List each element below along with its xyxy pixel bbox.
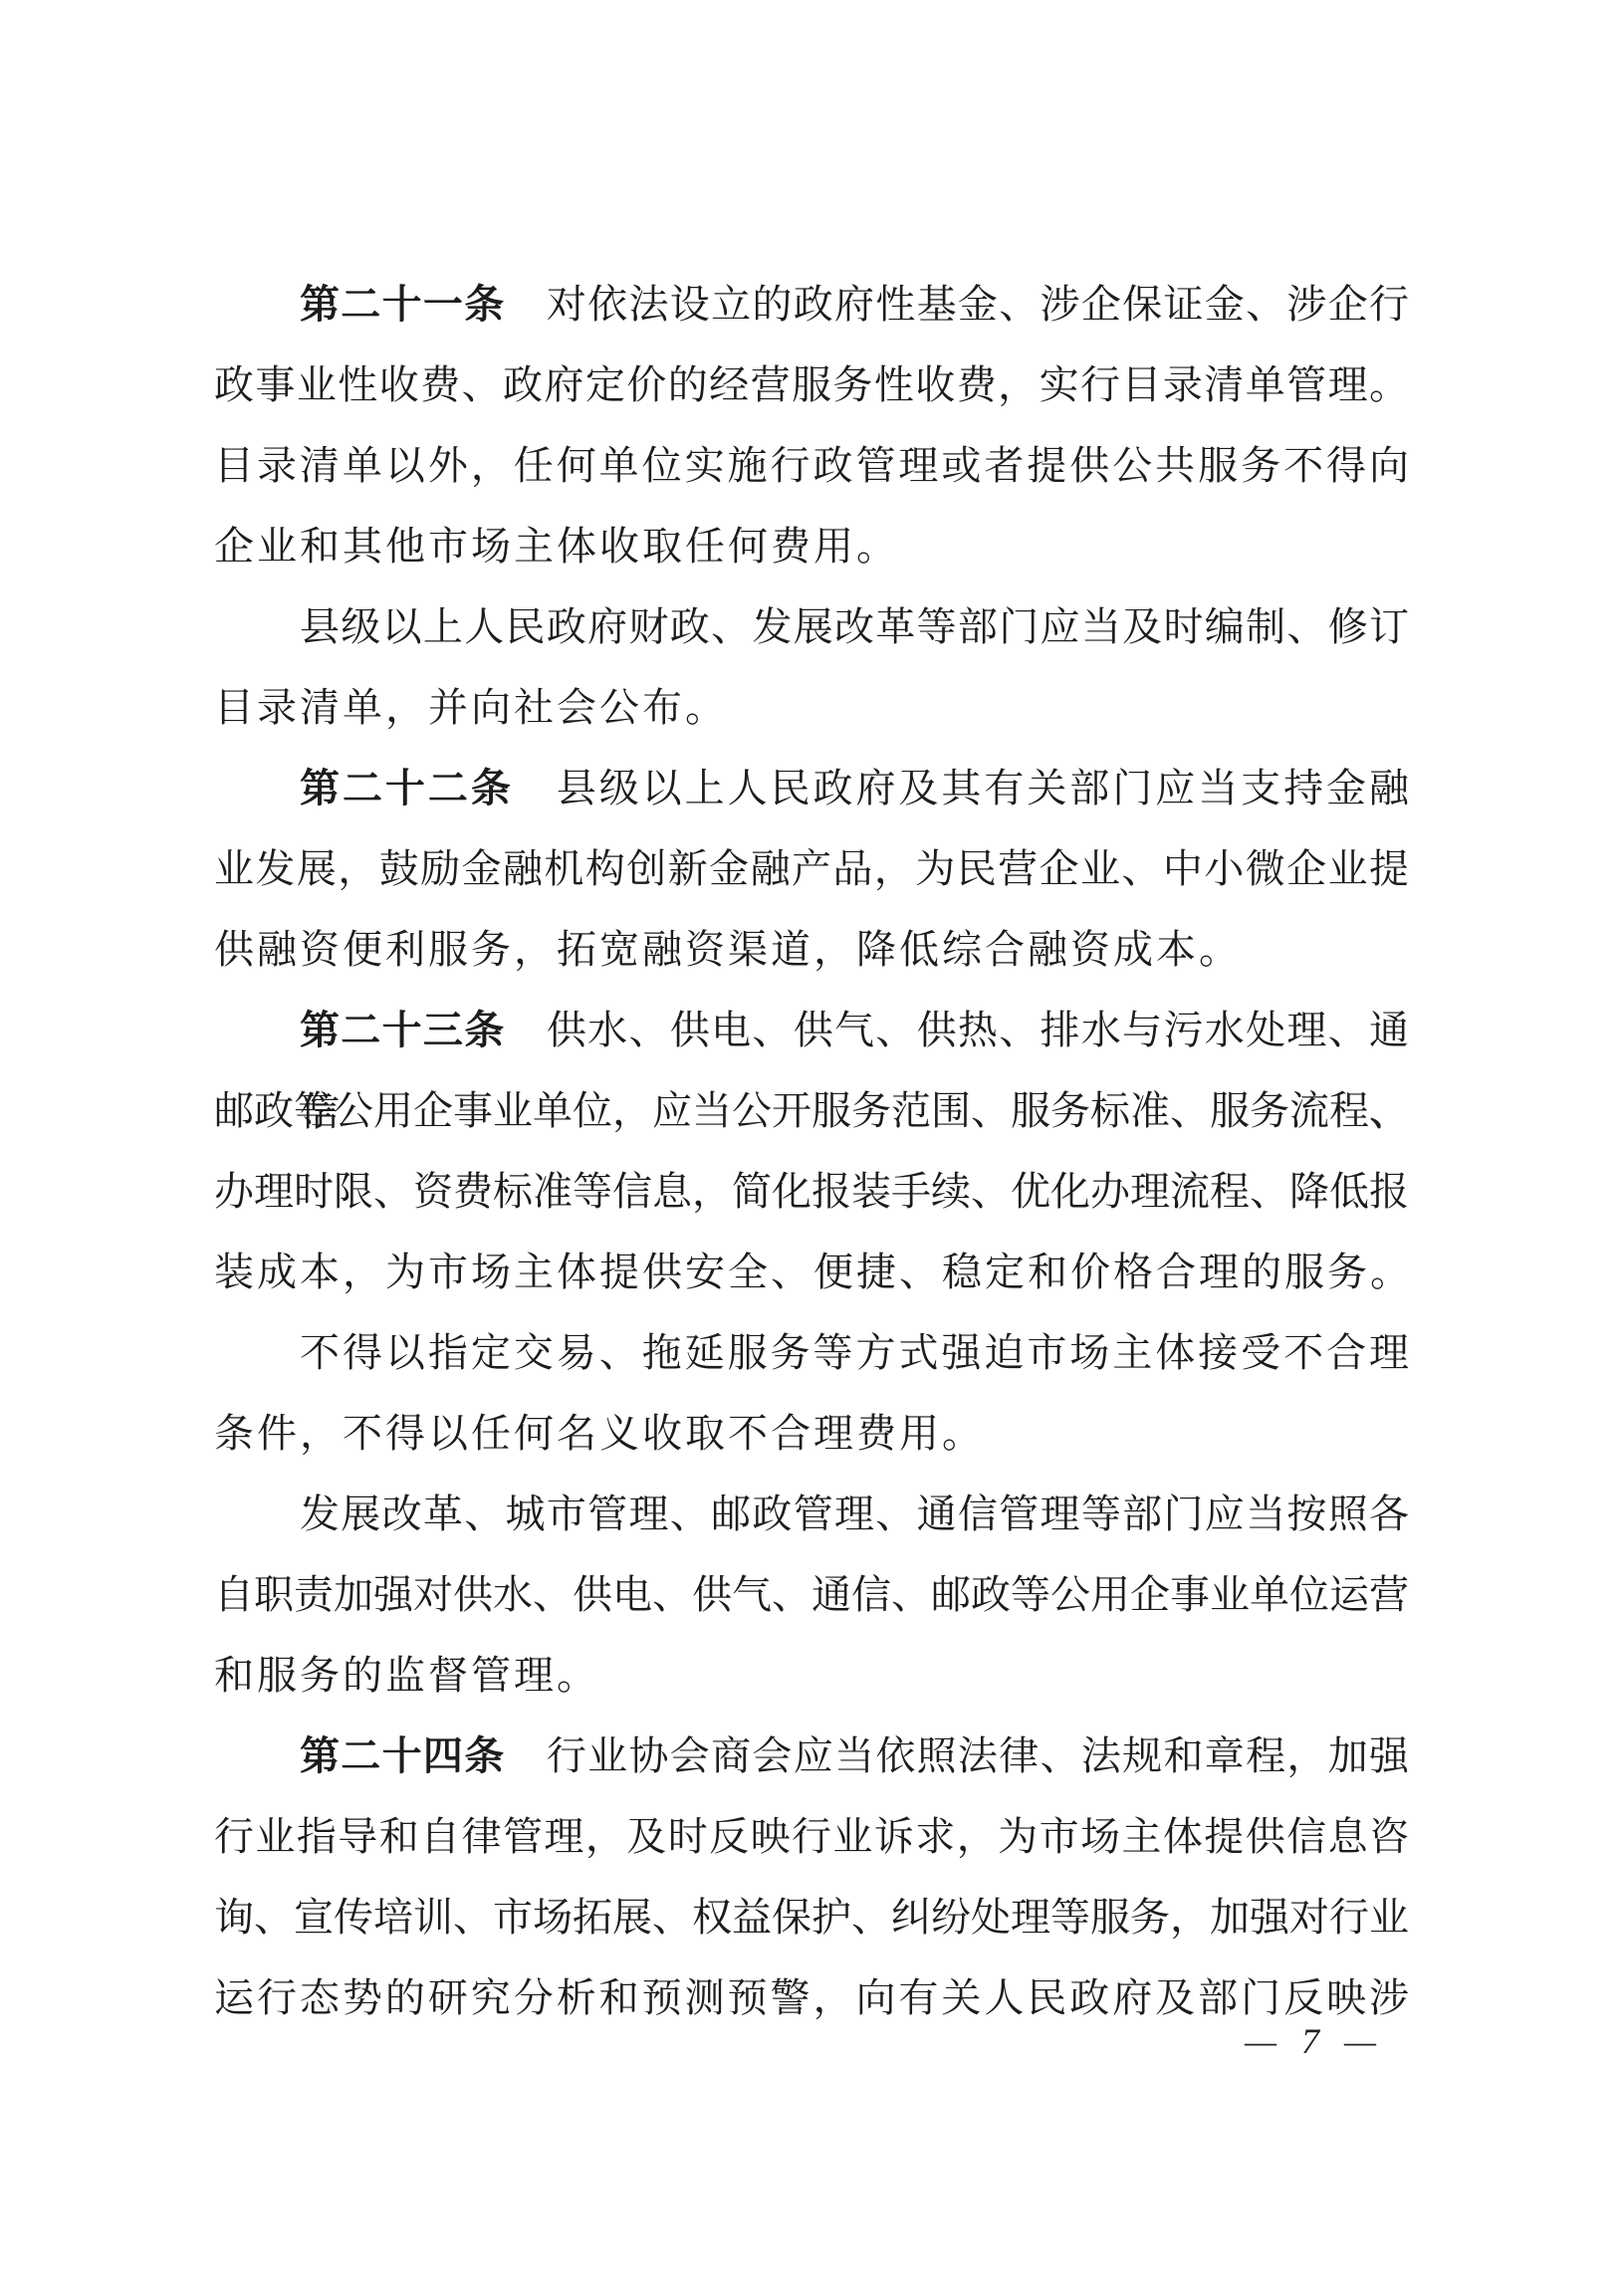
text-line: 自职责加强对供水、供电、供气、通信、邮政等公用企事业单位运营 bbox=[214, 1554, 1409, 1635]
text-line: 第二十二条 县级以上人民政府及其有关部门应当支持金融 bbox=[214, 748, 1409, 828]
article-heading: 第二十一条 bbox=[300, 283, 547, 327]
article-heading: 第二十二条 bbox=[300, 767, 557, 810]
text-run: 目录清单，并向社会公布。 bbox=[214, 685, 728, 730]
text-run: 供融资便利服务，拓宽融资渠道，降低综合融资成本。 bbox=[214, 927, 1242, 972]
text-run: 县级以上人民政府财政、发展改革等部门应当及时编制、修订 bbox=[300, 604, 1409, 649]
text-line: 供融资便利服务，拓宽融资渠道，降低综合融资成本。 bbox=[214, 909, 1409, 990]
text-run: 邮政等公用企事业单位，应当公开服务范围、服务标准、服务流程、 bbox=[214, 1088, 1409, 1133]
text-line: 第二十四条 行业协会商会应当依照法律、法规和章程，加强 bbox=[214, 1716, 1409, 1796]
article-heading: 第二十三条 bbox=[300, 1009, 547, 1052]
text-run: 县级以上人民政府及其有关部门应当支持金融 bbox=[557, 766, 1409, 810]
text-run: 办理时限、资费标准等信息，简化报装手续、优化办理流程、降低报 bbox=[214, 1169, 1409, 1214]
text-line: 业发展，鼓励金融机构创新金融产品，为民营企业、中小微企业提 bbox=[214, 828, 1409, 909]
text-run: 目录清单以外，任何单位实施行政管理或者提供公共服务不得向 bbox=[214, 443, 1409, 488]
text-line: 发展改革、城市管理、邮政管理、通信管理等部门应当按照各 bbox=[214, 1474, 1409, 1554]
text-run: 行业协会商会应当依照法律、法规和章程，加强 bbox=[547, 1733, 1409, 1778]
text-line: 邮政等公用企事业单位，应当公开服务范围、服务标准、服务流程、 bbox=[214, 1070, 1409, 1151]
text-run: 发展改革、城市管理、邮政管理、通信管理等部门应当按照各 bbox=[300, 1492, 1409, 1536]
document-body: 第二十一条 对依法设立的政府性基金、涉企保证金、涉企行政事业性收费、政府定价的经… bbox=[214, 264, 1409, 2038]
text-line: 第二十一条 对依法设立的政府性基金、涉企保证金、涉企行 bbox=[214, 264, 1409, 344]
document-page: 第二十一条 对依法设立的政府性基金、涉企保证金、涉企行政事业性收费、政府定价的经… bbox=[0, 0, 1623, 2296]
text-run: 装成本，为市场主体提供安全、便捷、稳定和价格合理的服务。 bbox=[214, 1250, 1413, 1294]
page-number: — 7 — bbox=[1220, 2009, 1409, 2073]
text-line: 企业和其他市场主体收取任何费用。 bbox=[214, 506, 1409, 586]
text-line: 和服务的监督管理。 bbox=[214, 1635, 1409, 1716]
text-run: 行业指导和自律管理，及时反映行业诉求，为市场主体提供信息咨 bbox=[214, 1814, 1409, 1859]
text-line: 县级以上人民政府财政、发展改革等部门应当及时编制、修订 bbox=[214, 586, 1409, 667]
text-run: 不得以指定交易、拖延服务等方式强迫市场主体接受不合理 bbox=[300, 1330, 1409, 1375]
text-run: 企业和其他市场主体收取任何费用。 bbox=[214, 524, 899, 569]
article-heading: 第二十四条 bbox=[300, 1734, 547, 1778]
text-line: 询、宣传培训、市场拓展、权益保护、纠纷处理等服务，加强对行业 bbox=[214, 1877, 1409, 1957]
text-line: 办理时限、资费标准等信息，简化报装手续、优化办理流程、降低报 bbox=[214, 1151, 1409, 1232]
text-line: 装成本，为市场主体提供安全、便捷、稳定和价格合理的服务。 bbox=[214, 1232, 1409, 1312]
text-run: 政事业性收费、政府定价的经营服务性收费，实行目录清单管理。 bbox=[214, 362, 1409, 407]
text-line: 政事业性收费、政府定价的经营服务性收费，实行目录清单管理。 bbox=[214, 344, 1409, 425]
text-line: 不得以指定交易、拖延服务等方式强迫市场主体接受不合理 bbox=[214, 1312, 1409, 1393]
text-line: 行业指导和自律管理，及时反映行业诉求，为市场主体提供信息咨 bbox=[214, 1796, 1409, 1877]
text-run: 对依法设立的政府性基金、涉企保证金、涉企行 bbox=[547, 282, 1409, 327]
text-run: 条件，不得以任何名义收取不合理费用。 bbox=[214, 1411, 985, 1456]
text-line: 条件，不得以任何名义收取不合理费用。 bbox=[214, 1393, 1409, 1474]
text-run: 业发展，鼓励金融机构创新金融产品，为民营企业、中小微企业提 bbox=[214, 846, 1409, 891]
text-run: 询、宣传培训、市场拓展、权益保护、纠纷处理等服务，加强对行业 bbox=[214, 1895, 1409, 1940]
text-run: 和服务的监督管理。 bbox=[214, 1653, 599, 1698]
text-run: 自职责加强对供水、供电、供气、通信、邮政等公用企事业单位运营 bbox=[214, 1572, 1409, 1617]
text-line: 第二十三条 供水、供电、供气、供热、排水与污水处理、通信、 bbox=[214, 990, 1409, 1070]
text-line: 目录清单，并向社会公布。 bbox=[214, 667, 1409, 748]
text-line: 目录清单以外，任何单位实施行政管理或者提供公共服务不得向 bbox=[214, 425, 1409, 506]
